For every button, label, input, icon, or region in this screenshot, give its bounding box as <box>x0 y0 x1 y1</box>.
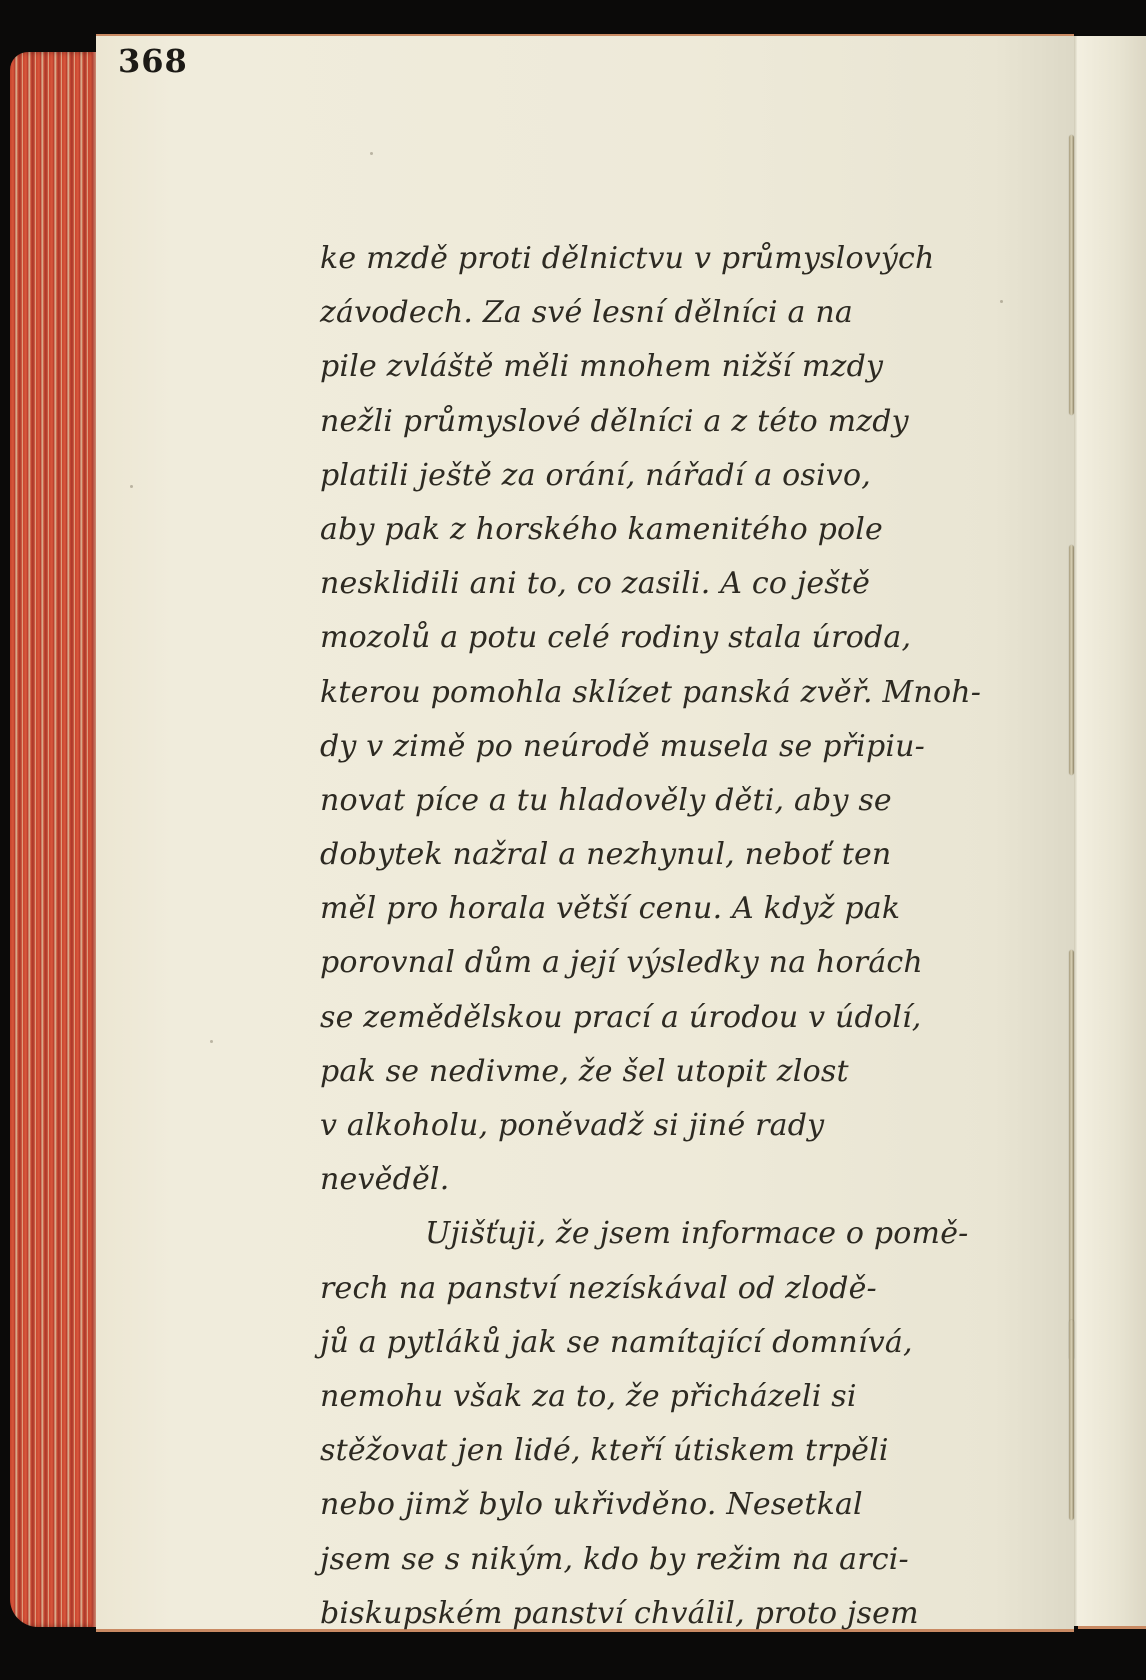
paper-speck <box>800 1550 803 1553</box>
paper-speck <box>210 1040 213 1043</box>
text-line: se zemědělskou prací a úrodou v údolí, <box>320 991 1000 1045</box>
page-number: 368 <box>118 42 188 80</box>
facing-page-sliver <box>1078 36 1146 1629</box>
handwritten-text-block: ke mzdě proti dělnictvu v průmyslových z… <box>320 232 1000 1641</box>
binding-thread <box>1069 545 1074 775</box>
text-line: biskupském panství chválil, proto jsem <box>320 1587 1000 1641</box>
text-line: nebo jimž bylo ukřivděno. Nesetkal <box>320 1478 1000 1532</box>
text-line: v alkoholu, poněvadž si jiné rady <box>320 1099 1000 1153</box>
text-line: závodech. Za své lesní dělníci a na <box>320 286 1000 340</box>
text-line: nežli průmyslové dělníci a z této mzdy <box>320 395 1000 449</box>
paper-speck <box>1000 300 1003 303</box>
text-line: rech na panství nezískával od zlodě- <box>320 1262 1000 1316</box>
text-line: nesklidili ani to, co zasili. A co ještě <box>320 557 1000 611</box>
text-line: mozolů a potu celé rodiny stala úroda, <box>320 611 1000 665</box>
text-line: pile zvláště měli mnohem nižší mzdy <box>320 340 1000 394</box>
text-line: jů a pytláků jak se namítající domnívá, <box>320 1316 1000 1370</box>
text-line: porovnal dům a její výsledky na horách <box>320 936 1000 990</box>
text-line: dobytek nažral a nezhynul, neboť ten <box>320 828 1000 882</box>
paragraph-start-line: Ujišťuji, že jsem informace o pomě- <box>320 1207 1000 1261</box>
binding-thread <box>1069 1320 1074 1520</box>
text-line: platili ještě za orání, nářadí a osivo, <box>320 449 1000 503</box>
paper-speck <box>130 485 133 488</box>
text-line: nemohu však za to, že přicházeli si <box>320 1370 1000 1424</box>
text-line: dy v zimě po neúrodě musela se připiu- <box>320 720 1000 774</box>
text-line: měl pro horala větší cenu. A když pak <box>320 882 1000 936</box>
text-line: ke mzdě proti dělnictvu v průmyslových <box>320 232 1000 286</box>
text-line: pak se nedivme, že šel utopit zlost <box>320 1045 1000 1099</box>
paper-speck <box>370 152 373 155</box>
text-line: nevěděl. <box>320 1153 1000 1207</box>
text-line: novat píce a tu hladověly děti, aby se <box>320 774 1000 828</box>
book-page-edges <box>10 52 98 1627</box>
text-line: stěžovat jen lidé, kteří útiskem trpěli <box>320 1424 1000 1478</box>
text-line: jsem se s nikým, kdo by režim na arci- <box>320 1533 1000 1587</box>
binding-thread <box>1069 135 1074 415</box>
binding-thread <box>1069 950 1074 1360</box>
text-line: kterou pomohla sklízet panská zvěř. Mnoh… <box>320 666 1000 720</box>
text-line: aby pak z horského kamenitého pole <box>320 503 1000 557</box>
